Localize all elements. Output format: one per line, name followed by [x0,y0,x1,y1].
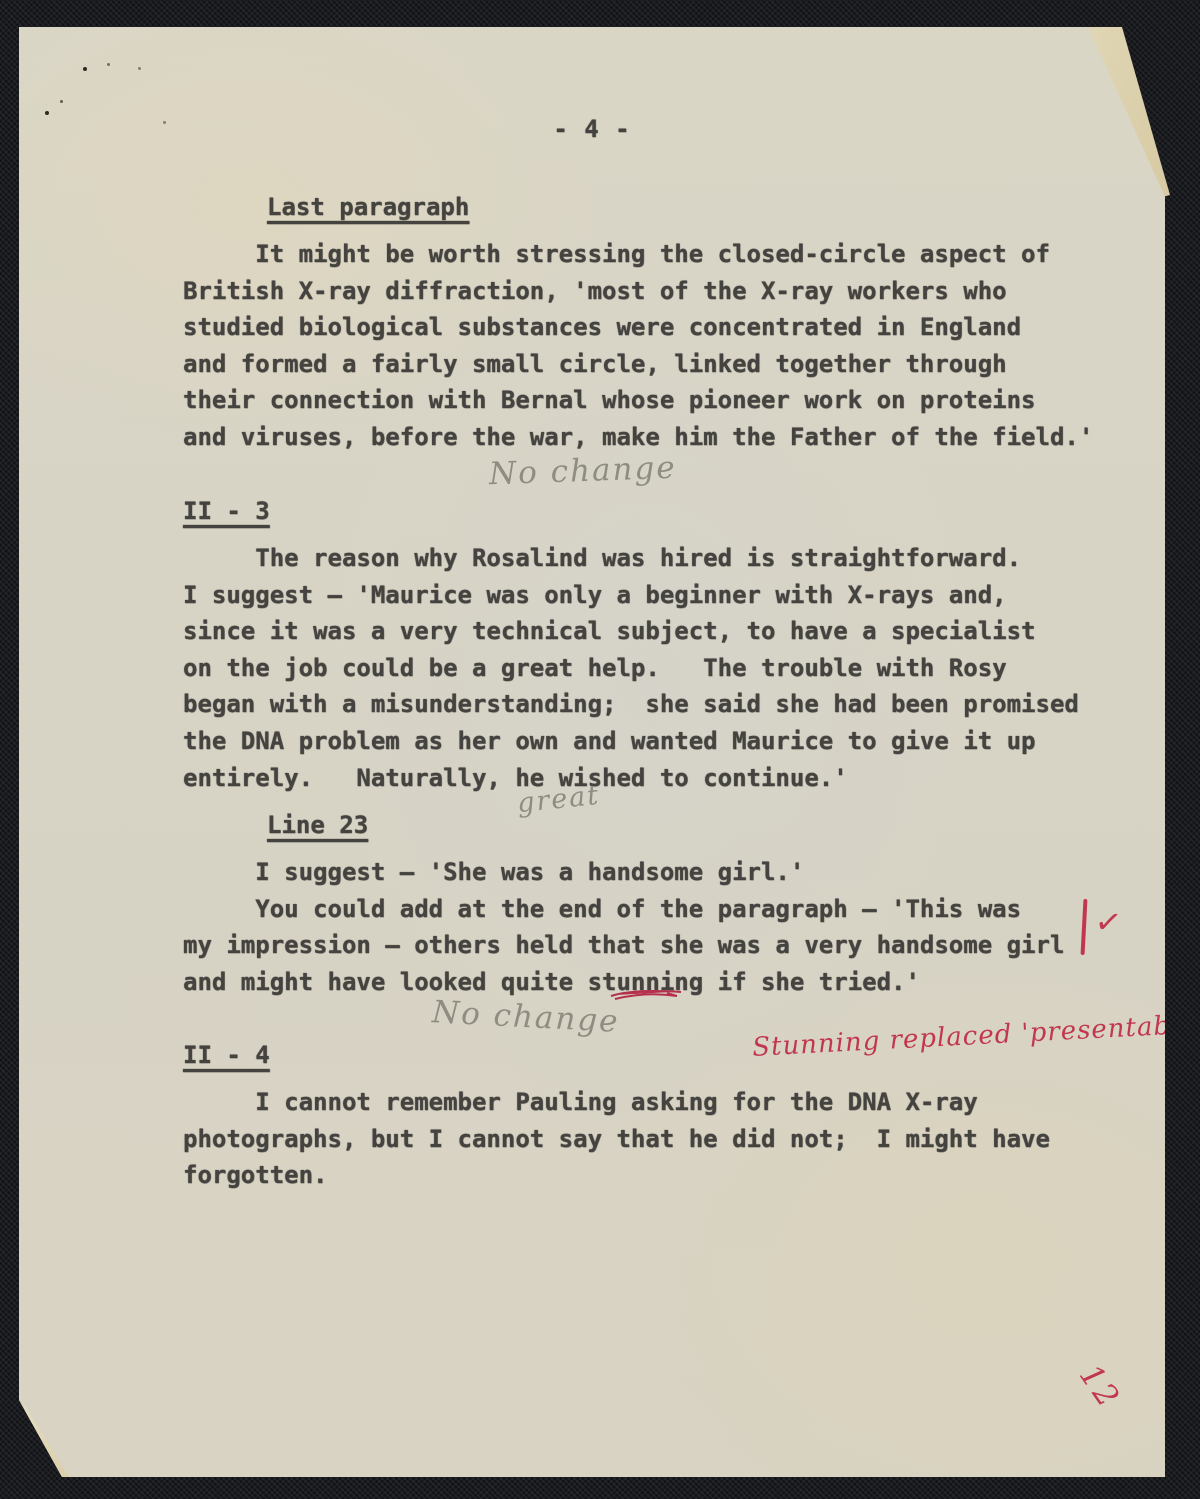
typed-line: and formed a fairly small circle, linked… [183,346,1133,383]
paper-speck [138,67,141,70]
typed-line: since it was a very technical subject, t… [183,613,1133,650]
typed-line: studied biological substances were conce… [183,309,1133,346]
typed-line: photographs, but I cannot say that he di… [183,1121,1133,1158]
typed-line: forgotten. [183,1157,1133,1194]
section-heading-ii-3: II - 3 [183,497,270,525]
corner-fold [21,1401,81,1477]
red-margin-number: 12 [1072,1358,1128,1416]
pencil-annotation-no-change-2: No change [431,994,620,1040]
typed-line: It might be worth stressing the closed-c… [183,236,1133,273]
typed-line: began with a misunderstanding; she said … [183,686,1133,723]
typed-line: You could add at the end of the paragrap… [183,891,1133,928]
red-scribble-underline [607,987,687,1003]
section-heading-ii-4: II - 4 [183,1041,270,1069]
typed-line: my impression — others held that she was… [183,927,1133,964]
section-heading-line-23: Line 23 [267,811,368,839]
typed-line: entirely. Naturally, he wished to contin… [183,760,1133,797]
typed-line: I suggest — 'She was a handsome girl.' [183,854,1133,891]
paper-speck [60,100,63,103]
section-heading-last-paragraph: Last paragraph [267,193,469,221]
pencil-annotation-no-change-1: No change [488,450,677,493]
typed-line: the DNA problem as her own and wanted Ma… [183,723,1133,760]
paper-speck [107,63,110,66]
typed-line: I suggest — 'Maurice was only a beginner… [183,577,1133,614]
red-check-icon: ✓ [1092,901,1124,942]
typed-line: The reason why Rosalind was hired is str… [183,540,1133,577]
typed-line: British X-ray diffraction, 'most of the … [183,273,1133,310]
letter-page: - 4 - Last paragraph It might be worth s… [19,27,1165,1477]
paper-speck [83,67,87,71]
document-scan: - 4 - Last paragraph It might be worth s… [0,0,1200,1499]
typed-line: their connection with Bernal whose pione… [183,382,1133,419]
typed-line: I cannot remember Pauling asking for the… [183,1084,1133,1121]
page-number: - 4 - [19,115,1165,143]
typed-line: on the job could be a great help. The tr… [183,650,1133,687]
